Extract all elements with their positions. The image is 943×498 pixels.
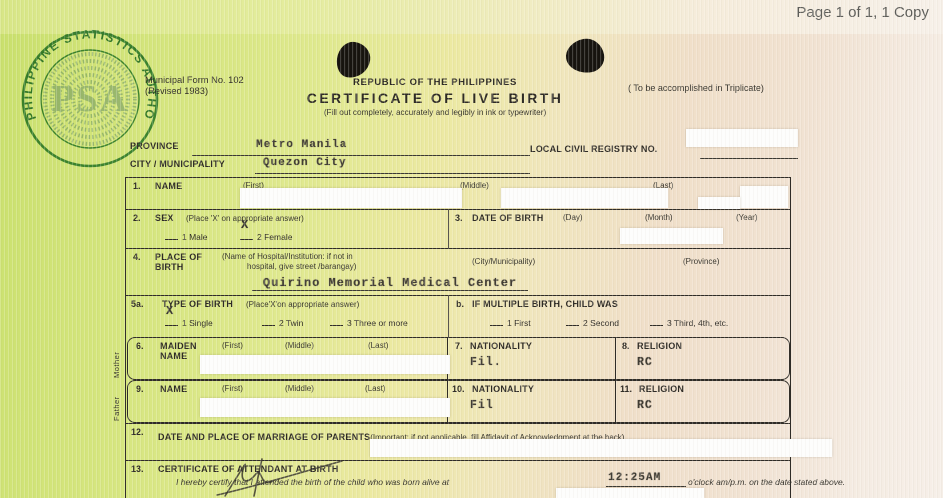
redaction-box-small	[698, 197, 740, 209]
province-label: PROVINCE	[130, 141, 179, 151]
dob-label: DATE OF BIRTH	[472, 213, 543, 223]
single-checkbox-blank: X	[165, 316, 178, 326]
dob-month-hint: (Month)	[645, 213, 673, 222]
three-option-label: 3 Three or more	[347, 318, 408, 328]
name-label: NAME	[155, 181, 182, 191]
place-of-birth-label-2: BIRTH	[155, 262, 184, 272]
sex-label: SEX	[155, 213, 174, 223]
pob-hint-line1: (Name of Hospital/Institution: if not in	[222, 252, 353, 261]
province-line	[192, 139, 530, 156]
field-4-number: 4.	[133, 252, 141, 262]
female-checkbox-blank: X	[240, 230, 253, 240]
certificate-title: CERTIFICATE OF LIVE BIRTH	[290, 90, 580, 106]
second-option-label: 2 Second	[583, 318, 619, 328]
table-line	[125, 209, 790, 210]
sex-dob-divider	[448, 209, 449, 248]
field-2-number: 2.	[133, 213, 141, 223]
mother-middle-hint: (Middle)	[285, 341, 314, 350]
female-option-label: 2 Female	[257, 232, 292, 242]
field-11-number: 11.	[620, 384, 632, 394]
field-6-number: 6.	[136, 341, 144, 351]
first-option-label: 1 First	[507, 318, 531, 328]
form-number-block: Municipal Form No. 102 (Revised 1983)	[145, 75, 244, 97]
city-label: CITY / MUNICIPALITY	[130, 159, 225, 169]
redaction-box-first-name	[240, 188, 462, 208]
table-line	[125, 177, 790, 178]
mother-religion-label: RELIGION	[637, 341, 682, 351]
second-checkbox-blank	[566, 316, 579, 326]
field-3-number: 3.	[455, 213, 463, 223]
father-first-hint: (First)	[222, 384, 243, 393]
registry-no-line	[700, 144, 798, 159]
female-x-mark: X	[241, 218, 248, 232]
field-8-number: 8.	[622, 341, 630, 351]
province-value: Metro Manila	[256, 139, 347, 151]
father-col-divider-2	[615, 381, 616, 422]
pob-hint-line2: hospital, give street /barangay)	[247, 262, 356, 271]
field-1-number: 1.	[133, 181, 141, 191]
field-5b-number: b.	[456, 299, 464, 309]
three-checkbox-blank	[330, 316, 343, 326]
maiden-name-label-2: NAME	[160, 351, 187, 361]
sex-option-male: 1 Male	[165, 230, 208, 242]
twin-option-label: 2 Twin	[279, 318, 303, 328]
sex-option-female: X2 Female	[240, 230, 292, 242]
table-line	[125, 248, 790, 249]
page-count-label: Page 1 of 1, 1 Copy	[796, 4, 929, 21]
redaction-box-birthdate	[620, 228, 723, 244]
redaction-box-middle-name	[501, 188, 668, 208]
type-option-twin: 2 Twin	[262, 316, 303, 328]
type-option-single: X1 Single	[165, 316, 213, 328]
birth-time-value: 12:25AM	[608, 472, 661, 484]
attendant-signature	[215, 455, 345, 498]
field-7-number: 7.	[455, 341, 463, 351]
male-option-label: 1 Male	[182, 232, 208, 242]
father-religion-label: RELIGION	[639, 384, 684, 394]
form-title-block: REPUBLIC OF THE PHILIPPINES CERTIFICATE …	[290, 77, 580, 117]
third-checkbox-blank	[650, 316, 663, 326]
multiple-option-second: 2 Second	[566, 316, 619, 328]
redaction-box-bottom	[556, 488, 704, 498]
scanned-birth-certificate: Page 1 of 1, 1 Copy PHILIPPINE STATISTIC…	[0, 0, 943, 498]
father-nationality-value: Fil	[470, 399, 494, 412]
redaction-box-last-name	[740, 186, 788, 208]
type-of-birth-hint: (Place'X'on appropriate answer)	[246, 300, 359, 309]
redaction-box-mother-name	[200, 355, 450, 374]
multiple-option-first: 1 First	[490, 316, 531, 328]
field-9-number: 9.	[136, 384, 144, 394]
single-option-label: 1 Single	[182, 318, 213, 328]
father-last-hint: (Last)	[365, 384, 385, 393]
field-13-number: 13.	[131, 464, 144, 474]
local-civil-registry-label: LOCAL CIVIL REGISTRY NO.	[530, 144, 657, 154]
father-name-label: NAME	[160, 384, 187, 394]
field-10-number: 10.	[452, 384, 465, 394]
fill-instruction: (Fill out completely, accurately and leg…	[290, 108, 580, 117]
father-religion-value: RC	[637, 399, 653, 412]
form-revision: (Revised 1983)	[145, 86, 244, 97]
maiden-name-label-1: MAIDEN	[160, 341, 197, 351]
form-number: Municipal Form No. 102	[145, 75, 244, 86]
table-left-border	[125, 177, 126, 498]
father-nationality-label: NATIONALITY	[472, 384, 534, 394]
type-option-three: 3 Three or more	[330, 316, 408, 328]
mother-nationality-label: NATIONALITY	[470, 341, 532, 351]
republic-heading: REPUBLIC OF THE PHILIPPINES	[290, 77, 580, 88]
name-middle-hint: (Middle)	[460, 181, 489, 190]
marriage-label: DATE AND PLACE OF MARRIAGE OF PARENTS	[158, 432, 370, 442]
field-5a-number: 5a.	[131, 299, 144, 309]
triplicate-note: ( To be accomplished in Triplicate)	[628, 83, 764, 93]
first-checkbox-blank	[490, 316, 503, 326]
seal-acronym-text: PSA	[51, 78, 129, 120]
dob-day-hint: (Day)	[563, 213, 583, 222]
twin-checkbox-blank	[262, 316, 275, 326]
single-x-mark: X	[166, 304, 173, 318]
type-multiple-divider	[448, 295, 449, 337]
table-line	[125, 423, 790, 424]
city-value: Quezon City	[263, 157, 347, 169]
pob-city-hint: (City/Municipality)	[472, 257, 535, 266]
redaction-box-father-name	[200, 398, 450, 417]
mother-col-divider-2	[615, 338, 616, 379]
multiple-option-third: 3 Third, 4th, etc.	[650, 316, 728, 328]
mother-first-hint: (First)	[222, 341, 243, 350]
dob-year-hint: (Year)	[736, 213, 758, 222]
mother-side-label: Mother	[112, 340, 121, 378]
redaction-box-marriage	[370, 439, 832, 457]
place-of-birth-label-1: PLACE OF	[155, 252, 202, 262]
mother-last-hint: (Last)	[368, 341, 388, 350]
father-side-label: Father	[112, 383, 121, 421]
father-middle-hint: (Middle)	[285, 384, 314, 393]
mother-nationality-value: Fil.	[470, 356, 502, 369]
hospital-value: Quirino Memorial Medical Center	[252, 276, 528, 291]
male-checkbox-blank	[165, 230, 178, 240]
third-option-label: 3 Third, 4th, etc.	[667, 318, 728, 328]
multiple-birth-label: IF MULTIPLE BIRTH, CHILD WAS	[472, 299, 618, 309]
table-line	[125, 295, 790, 296]
attendant-certify-post: o'clock am/p.m. on the date stated above…	[688, 477, 845, 487]
mother-religion-value: RC	[637, 356, 653, 369]
pob-province-hint: (Province)	[683, 257, 719, 266]
field-12-number: 12.	[131, 427, 144, 437]
